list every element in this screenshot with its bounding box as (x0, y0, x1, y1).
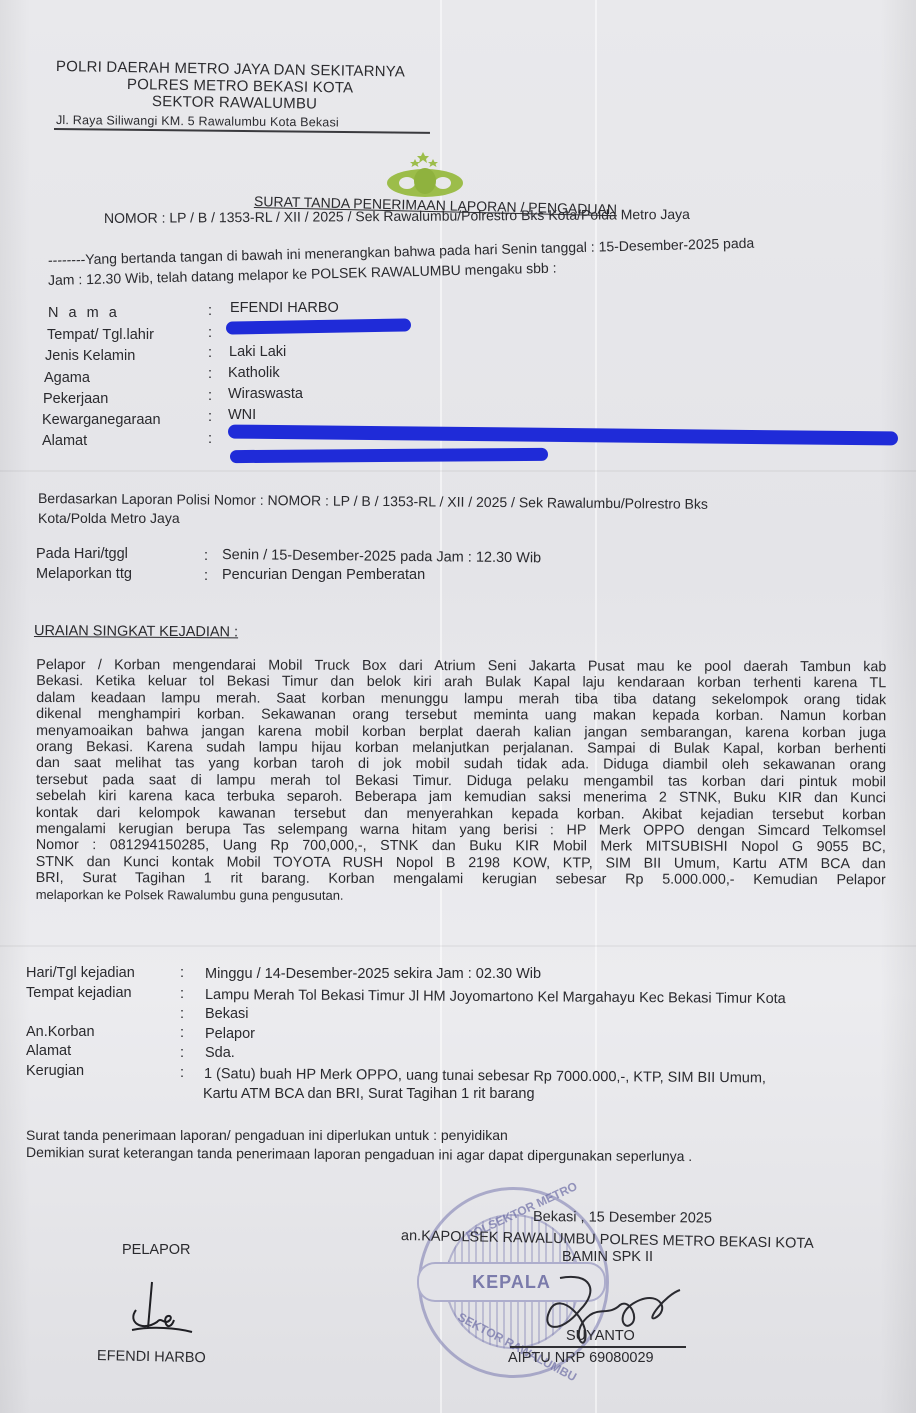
field-value-kewarganegaraan: WNI (228, 407, 256, 423)
summary-line: BRI, Surat Tagihan 1 rit barang. Korban … (36, 870, 886, 889)
incident-value: Pelapor (205, 1026, 255, 1042)
place-date: Bekasi , 15 Desember 2025 (533, 1209, 712, 1227)
incident-value: 1 (Satu) buah HP Merk OPPO, uang tunai s… (204, 1066, 766, 1086)
field-value-pekerjaan: Wiraswasta (228, 386, 303, 402)
summary-line: Nomor : 081294150285, Uang Rp 700,000,-,… (36, 837, 886, 856)
incident-value: Kartu ATM BCA dan BRI, Surat Tagihan 1 r… (203, 1086, 535, 1102)
closing-line-1: Surat tanda penerimaan laporan/ pengadua… (26, 1127, 508, 1143)
summary-line: dikenal menghampiri korban. Sekawanan or… (36, 706, 886, 725)
incident-label: Hari/Tgl kejadian (26, 965, 135, 981)
field-label-kewarganegaraan: Kewarganegaraan (42, 412, 161, 428)
field-value-agama: Katholik (228, 365, 280, 381)
incident-label: Kerugian (26, 1063, 84, 1079)
redaction-mark (228, 424, 898, 445)
field-label-ttl: Tempat/ Tgl.lahir (47, 327, 154, 343)
redaction-mark (230, 448, 548, 463)
field-value-jenis-kelamin: Laki Laki (229, 344, 286, 360)
field-label-nama: N a m a (48, 305, 120, 321)
incident-label: Alamat (26, 1043, 71, 1059)
reporter-title: PELAPOR (122, 1242, 191, 1258)
field-colon: : (204, 548, 208, 564)
field-value-melaporkan: Pencurian Dengan Pemberatan (222, 567, 425, 583)
field-colon: : (208, 345, 212, 361)
field-colon: : (180, 1045, 184, 1061)
header-line-3: SEKTOR RAWALUMBU (152, 93, 317, 113)
field-colon: : (208, 366, 212, 382)
field-label-jenis-kelamin: Jenis Kelamin (45, 348, 135, 364)
incident-value: Sda. (205, 1045, 235, 1061)
field-value-nama: EFENDI HARBO (230, 300, 339, 316)
paper-fold (0, 470, 916, 472)
field-colon: : (180, 965, 184, 981)
incident-value: Lampu Merah Tol Bekasi Timur Jl HM Joyom… (205, 987, 786, 1007)
field-colon: : (208, 388, 212, 404)
incident-label: Tempat kejadian (26, 985, 132, 1001)
summary-line: Bekasi. Ketika keluar tol Bekasi Timur d… (36, 673, 886, 692)
summary-title: URAIAN SINGKAT KEJADIAN : (34, 623, 238, 640)
incident-value: Minggu / 14-Desember-2025 sekira Jam : 0… (205, 966, 541, 982)
summary-line: dan saat melihat tas yang korban taroh d… (36, 755, 886, 774)
report-reference-line-1: Berdasarkan Laporan Polisi Nomor : NOMOR… (38, 490, 708, 512)
field-colon: : (180, 1065, 184, 1081)
incident-label: An.Korban (26, 1024, 95, 1040)
closing-line-2: Demikian surat keterangan tanda penerima… (26, 1144, 692, 1164)
reporter-signature-icon (122, 1280, 202, 1342)
officer-unit: BAMIN SPK II (562, 1249, 653, 1265)
incident-value: Bekasi (205, 1006, 249, 1022)
field-label-pekerjaan: Pekerjaan (43, 391, 108, 407)
field-value-hari-tgl: Senin / 15-Desember-2025 pada Jam : 12.3… (222, 547, 541, 566)
document-photo: POLRI DAERAH METRO JAYA DAN SEKITARNYA P… (0, 0, 916, 1413)
summary-body: Pelapor / Korban mengendarai Mobil Truck… (36, 657, 887, 905)
header-rule (54, 128, 430, 134)
field-colon: : (208, 409, 212, 425)
officer-rank-nrp: AIPTU NRP 69080029 (508, 1350, 654, 1366)
field-label-hari-tgl: Pada Hari/tggl (36, 546, 128, 562)
reporter-name: EFENDI HARBO (97, 1348, 206, 1366)
field-colon: : (208, 325, 212, 341)
polri-emblem-icon (383, 150, 467, 200)
field-colon: : (204, 568, 208, 584)
field-colon: : (180, 1025, 184, 1041)
summary-line: sebelah kiri karena kaca terbuka separoh… (36, 788, 886, 807)
field-label-agama: Agama (44, 370, 90, 386)
field-colon: : (208, 431, 212, 447)
field-colon: : (208, 303, 212, 319)
field-label-melaporkan: Melaporkan ttg (36, 566, 132, 582)
field-label-alamat: Alamat (42, 433, 87, 449)
summary-line: melaporkan ke Polsek Rawalumbu guna peng… (36, 887, 886, 906)
header-address: Jl. Raya Siliwangi KM. 5 Rawalumbu Kota … (56, 113, 339, 129)
paper-fold (0, 945, 916, 947)
officer-name: SUYANTO (566, 1328, 635, 1344)
redaction-mark (226, 318, 411, 334)
document-number: NOMOR : LP / B / 1353-RL / XII / 2025 / … (104, 206, 690, 226)
officer-signature-line (510, 1346, 686, 1348)
field-colon: : (180, 986, 184, 1002)
report-reference-line-2: Kota/Polda Metro Jaya (38, 510, 180, 526)
field-colon: : (180, 1006, 184, 1022)
